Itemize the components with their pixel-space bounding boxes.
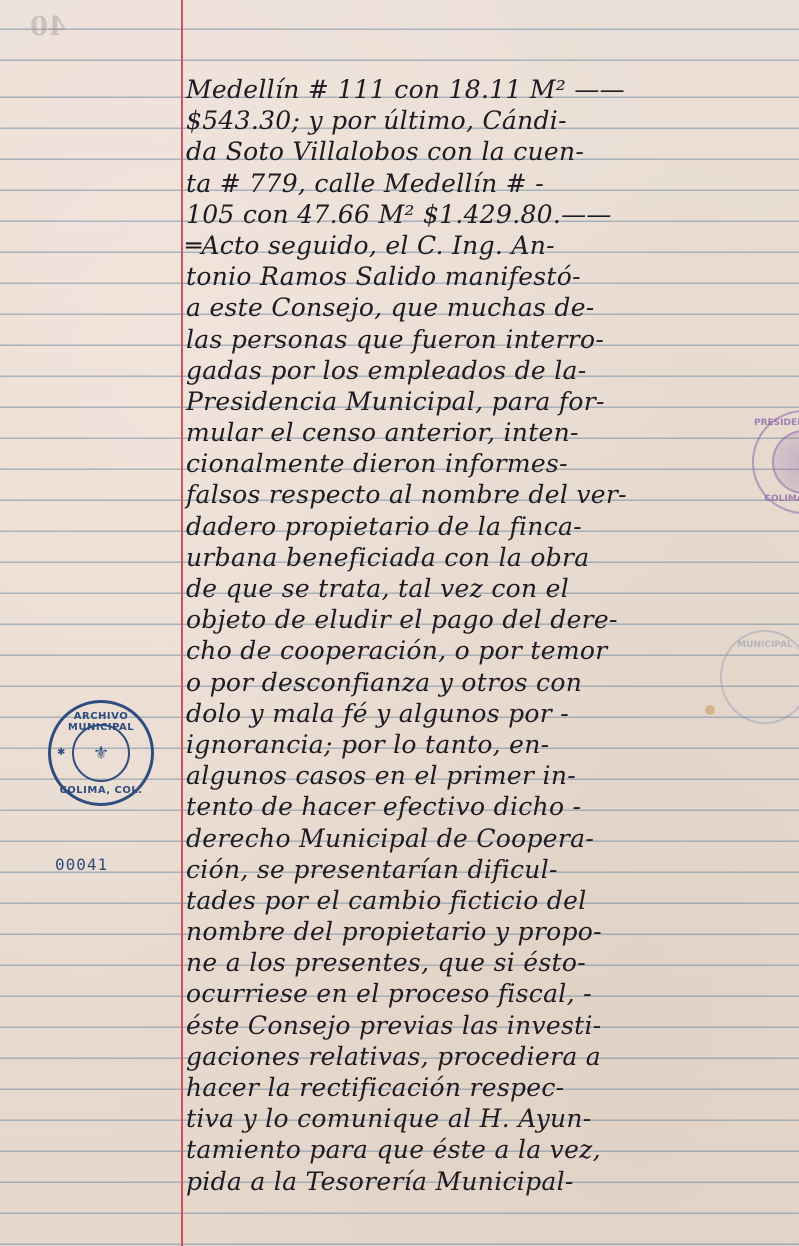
text-line: falsos respecto al nombre del ver- xyxy=(186,479,796,510)
text-line: las personas que fueron interro- xyxy=(186,324,796,355)
text-line: tento de hacer efectivo dicho - xyxy=(186,791,796,822)
text-line: dadero propietario de la finca- xyxy=(186,511,796,542)
paper-stain xyxy=(705,705,715,715)
text-line: tamiento para que éste a la vez, xyxy=(186,1134,796,1165)
text-line: dolo y mala fé y algunos por - xyxy=(186,698,796,729)
stamp-bottom-label: COLIMA xyxy=(754,494,799,504)
text-line: 105 con 47.66 M² $1.429.80.—— xyxy=(186,199,796,230)
folio-number: 00041 xyxy=(55,855,108,874)
stamp-top-label: MUNICIPAL xyxy=(722,640,799,650)
text-line: da Soto Villalobos con la cuen- xyxy=(186,136,796,167)
text-line: ne a los presentes, que si ésto- xyxy=(186,947,796,978)
text-line: ═Acto seguido, el C. Ing. An- xyxy=(186,230,796,261)
handwritten-text: Medellín # 111 con 18.11 M² ——$543.30; y… xyxy=(186,74,796,1197)
text-line: Presidencia Municipal, para for- xyxy=(186,386,796,417)
bleed-through-page-number: 40 xyxy=(30,12,66,42)
text-line: cionalmente dieron informes- xyxy=(186,448,796,479)
star-icon: ✱ xyxy=(57,747,65,758)
stamp-top-label: ARCHIVO MUNICIPAL xyxy=(51,711,151,733)
coat-of-arms-icon xyxy=(772,430,799,494)
text-line: pida a la Tesorería Municipal- xyxy=(186,1166,796,1197)
text-line: gaciones relativas, procediera a xyxy=(186,1041,796,1072)
text-line: éste Consejo previas las investi- xyxy=(186,1010,796,1041)
text-line: urbana beneficiada con la obra xyxy=(186,542,796,573)
text-line: ignorancia; por lo tanto, en- xyxy=(186,729,796,760)
text-line: objeto de eludir el pago del dere- xyxy=(186,604,796,635)
text-line: gadas por los empleados de la- xyxy=(186,355,796,386)
text-line: Medellín # 111 con 18.11 M² —— xyxy=(186,74,796,105)
text-line: algunos casos en el primer in- xyxy=(186,760,796,791)
stamp-bottom-label: COLIMA, COL. xyxy=(51,785,151,796)
stamp-top-label: PRESIDENCIA xyxy=(754,418,799,428)
archivo-municipal-stamp: ARCHIVO MUNICIPAL ✱ ⚜ COLIMA, COL. xyxy=(48,700,154,806)
text-line: ción, se presentarían dificul- xyxy=(186,854,796,885)
text-line: o por desconfianza y otros con xyxy=(186,667,796,698)
text-line: $543.30; y por último, Cándi- xyxy=(186,105,796,136)
text-line: derecho Municipal de Coopera- xyxy=(186,823,796,854)
text-line: tiva y lo comunique al H. Ayun- xyxy=(186,1103,796,1134)
presidencia-stamp: PRESIDENCIA COLIMA xyxy=(752,410,799,514)
text-line: ocurriese en el proceso fiscal, - xyxy=(186,978,796,1009)
text-line: hacer la rectificación respec- xyxy=(186,1072,796,1103)
text-line: cho de cooperación, o por temor xyxy=(186,635,796,666)
text-line: a este Consejo, que muchas de- xyxy=(186,292,796,323)
text-line: nombre del propietario y propo- xyxy=(186,916,796,947)
text-line: tonio Ramos Salido manifestó- xyxy=(186,261,796,292)
red-margin-line xyxy=(181,0,183,1246)
text-line: mular el censo anterior, inten- xyxy=(186,417,796,448)
text-line: tades por el cambio ficticio del xyxy=(186,885,796,916)
text-line: de que se trata, tal vez con el xyxy=(186,573,796,604)
text-line: ta # 779, calle Medellín # - xyxy=(186,168,796,199)
ledger-page: 40 Medellín # 111 con 18.11 M² ——$543.30… xyxy=(0,0,799,1246)
